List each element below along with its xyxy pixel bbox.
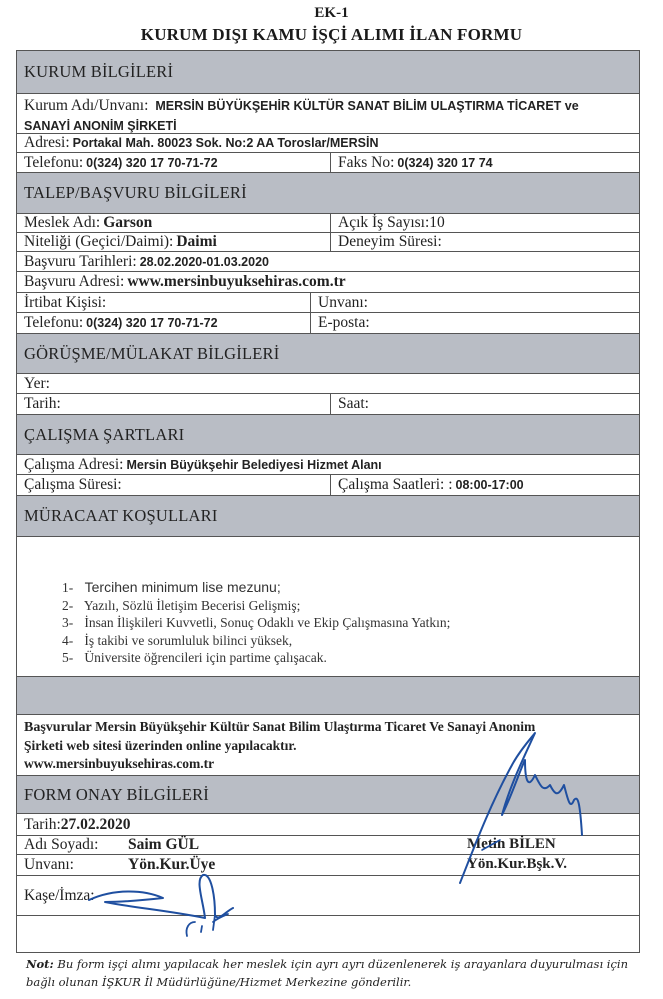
announcement-form: KURUM BİLGİLERİ Kurum Adı/Unvanı: MERSİN… (16, 50, 640, 953)
field-label: Çalışma Adresi: (24, 456, 123, 474)
apply-url[interactable]: www.mersinbuyuksehiras.com.tr (24, 756, 214, 771)
section-title: MÜRACAAT KOŞULLARI (24, 506, 218, 526)
phone-value: 0(324) 320 17 70-71-72 (86, 156, 217, 170)
field-label: Başvuru Adresi: (24, 273, 124, 291)
approval-date-value: 27.02.2020 (61, 816, 131, 834)
row-type: Niteliği (Geçici/Daimi): Daimi Deneyim S… (17, 232, 639, 251)
row-application-address: Başvuru Adresi: www.mersinbuyuksehiras.c… (17, 271, 639, 292)
institution-name-value: MERSİN BÜYÜKŞEHİR KÜLTÜR SANAT BİLİM ULA… (155, 99, 578, 113)
section-header-calisma: ÇALIŞMA ŞARTLARI (17, 414, 639, 454)
row-approval-date: Tarih:27.02.2020 (17, 813, 639, 835)
section-header-gorusme: GÖRÜŞME/MÜLAKAT BİLGİLERİ (17, 333, 639, 373)
conditions-body: 1- Tercihen minimum lise mezunu;2- Yazıl… (17, 536, 639, 676)
section-title: FORM ONAY BİLGİLERİ (24, 785, 209, 805)
field-label: Deneyim Süresi: (338, 233, 442, 251)
field-label: Yer: (24, 375, 50, 393)
field-label: Çalışma Saatleri: : (338, 476, 453, 494)
contact-phone-value: 0(324) 320 17 70-71-72 (86, 316, 217, 330)
field-label: Kaşe/İmza: (24, 887, 95, 905)
row-address: Adresi: Portakal Mah. 80023 Sok. No:2 AA… (17, 133, 639, 152)
approver-title-value: Yön.Kur.Üye (128, 856, 215, 874)
row-stamp-signature: Kaşe/İmza: (17, 875, 639, 915)
condition-item: 1- Tercihen minimum lise mezunu; (62, 579, 450, 597)
field-label: Çalışma Süresi: (24, 476, 122, 494)
field-label: Açık İş Sayısı: (338, 214, 429, 232)
form-title: KURUM DIŞI KAMU İŞÇİ ALIMI İLAN FORMU (0, 25, 663, 45)
condition-text: Yazılı, Sözlü İletişim Becerisi Gelişmiş… (81, 598, 300, 613)
field-label: Telefonu: (24, 314, 83, 332)
field-label: E-posta: (318, 314, 370, 332)
row-contact: İrtibat Kişisi: Unvanı: (17, 292, 639, 312)
second-signer-title: Yön.Kur.Bşk.V. (467, 856, 567, 873)
row-work-duration-hours: Çalışma Süresi: Çalışma Saatleri: : 08:0… (17, 474, 639, 495)
row-occupation: Meslek Adı: Garson Açık İş Sayısı: 10 (17, 213, 639, 232)
application-info: Başvurular Mersin Büyükşehir Kültür Sana… (17, 714, 639, 775)
row-approver-name: Adı Soyadı: Saim GÜL Metin BİLEN (17, 835, 639, 854)
field-label: Unvanı: (24, 856, 125, 874)
institution-name-value-cont: SANAYİ ANONİM ŞİRKETİ (24, 119, 177, 133)
section-header-kurum: KURUM BİLGİLERİ (17, 51, 639, 93)
condition-number: 1- (62, 579, 81, 597)
occupation-value: Garson (103, 214, 152, 232)
section-title: GÖRÜŞME/MÜLAKAT BİLGİLERİ (24, 344, 279, 364)
condition-text: İnsan İlişkileri Kuvvetli, Sonuç Odaklı … (81, 615, 450, 630)
apply-lead: Başvurular (24, 720, 92, 735)
field-label: Tarih: (24, 816, 61, 834)
field-label: Meslek Adı: (24, 214, 100, 232)
section-header-muracaat: MÜRACAAT KOŞULLARI (17, 495, 639, 536)
field-label: Faks No: (338, 154, 394, 172)
apply-text-cont: Şirketi web sitesi üzerinden online yapı… (24, 738, 297, 753)
type-value: Daimi (176, 233, 216, 251)
condition-number: 4- (62, 632, 81, 650)
section-header-talep: TALEP/BAŞVURU BİLGİLERİ (17, 172, 639, 213)
note-text: Bu form işçi alımı yapılacak her meslek … (26, 957, 628, 989)
condition-item: 3- İnsan İlişkileri Kuvvetli, Sonuç Odak… (62, 614, 450, 632)
field-label: Tarih: (24, 395, 61, 413)
field-label: Adresi: (24, 134, 70, 152)
footer-note: Not: Bu form işçi alımı yapılacak her me… (26, 955, 656, 991)
conditions-list: 1- Tercihen minimum lise mezunu;2- Yazıl… (62, 579, 450, 667)
section-title: KURUM BİLGİLERİ (24, 62, 173, 82)
section-title: TALEP/BAŞVURU BİLGİLERİ (24, 183, 247, 203)
openings-value: 10 (429, 214, 445, 232)
row-work-address: Çalışma Adresi: Mersin Büyükşehir Beledi… (17, 454, 639, 474)
row-interview-place: Yer: (17, 373, 639, 393)
field-label: Unvanı: (318, 294, 368, 312)
dates-value: 28.02.2020-01.03.2020 (140, 255, 269, 269)
field-label: Adı Soyadı: (24, 836, 125, 854)
row-interview-date-time: Tarih: Saat: (17, 393, 639, 414)
field-label: Niteliği (Geçici/Daimi): (24, 233, 173, 251)
condition-number: 2- (62, 597, 81, 615)
condition-text: İş takibi ve sorumluluk bilinci yüksek, (81, 633, 292, 648)
address-value: Portakal Mah. 80023 Sok. No:2 AA Torosla… (73, 136, 379, 150)
application-url[interactable]: www.mersinbuyuksehiras.com.tr (127, 273, 345, 291)
approver-name-value: Saim GÜL (128, 836, 199, 854)
section-header-onay: FORM ONAY BİLGİLERİ (17, 775, 639, 813)
condition-number: 5- (62, 649, 81, 667)
row-empty (17, 915, 639, 952)
field-label: Başvuru Tarihleri: (24, 253, 137, 271)
apply-text: Mersin Büyükşehir Kültür Sanat Bilim Ula… (95, 719, 535, 734)
condition-number: 3- (62, 614, 81, 632)
section-title: ÇALIŞMA ŞARTLARI (24, 425, 184, 445)
field-label: Kurum Adı/Unvanı: (24, 97, 148, 114)
note-label: Not: (26, 957, 54, 971)
annex-label: EK-1 (0, 5, 663, 22)
fax-value: 0(324) 320 17 74 (397, 156, 492, 170)
condition-text: Tercihen minimum lise mezunu; (81, 579, 281, 595)
row-approver-title: Unvanı: Yön.Kur.Üye Yön.Kur.Bşk.V. (17, 854, 639, 875)
second-signer-name: Metin BİLEN (467, 836, 556, 853)
condition-item: 5- Üniversite öğrencileri için partime ç… (62, 649, 450, 667)
field-label: İrtibat Kişisi: (24, 294, 106, 312)
row-contact-phone: Telefonu: 0(324) 320 17 70-71-72 E-posta… (17, 312, 639, 333)
empty-gray-band (17, 676, 639, 714)
row-institution-name: Kurum Adı/Unvanı: MERSİN BÜYÜKŞEHİR KÜLT… (17, 93, 639, 133)
row-phone-fax: Telefonu: 0(324) 320 17 70-71-72 Faks No… (17, 152, 639, 172)
condition-item: 2- Yazılı, Sözlü İletişim Becerisi Geliş… (62, 597, 450, 615)
work-address-value: Mersin Büyükşehir Belediyesi Hizmet Alan… (126, 458, 381, 472)
condition-item: 4- İş takibi ve sorumluluk bilinci yükse… (62, 632, 450, 650)
field-label: Saat: (338, 395, 369, 413)
row-application-dates: Başvuru Tarihleri: 28.02.2020-01.03.2020 (17, 251, 639, 271)
condition-text: Üniversite öğrencileri için partime çalı… (81, 650, 327, 665)
field-label: Telefonu: (24, 154, 83, 172)
work-hours-value: 08:00-17:00 (456, 478, 524, 492)
